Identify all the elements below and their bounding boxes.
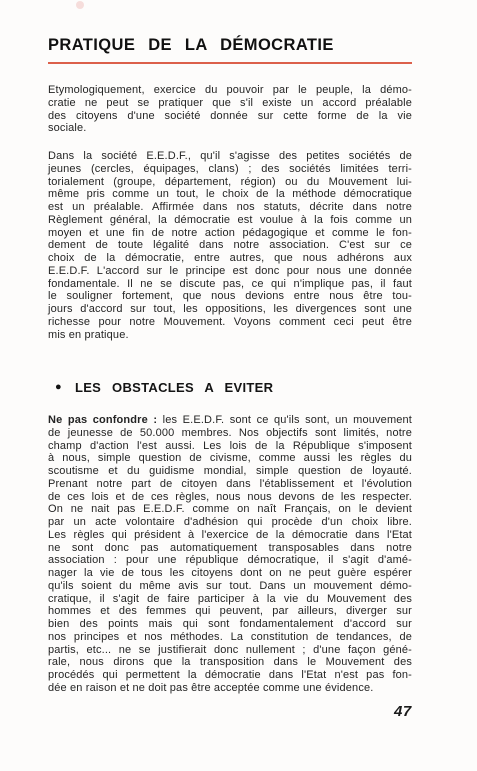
- text-line: dée en raison et ne doit pas être accept…: [48, 682, 412, 695]
- text-line: scoutisme et du guidisme mondial, simple…: [48, 465, 412, 478]
- title-underline: [48, 62, 412, 64]
- text-line: Règlement général, la démocratie est vou…: [48, 214, 412, 227]
- text-line: torialement (groupe, département, région…: [48, 176, 412, 189]
- text-line: fondamentale. Il ne se discute pas, ce q…: [48, 278, 412, 291]
- text-line: qu'ils soient du même avis sur tout. Dan…: [48, 580, 412, 593]
- text-line: choix de la démocratie, entre autres, qu…: [48, 252, 412, 265]
- paragraph-lines: de jeunesse de 50.000 membres. Nos objec…: [48, 427, 412, 695]
- text-line: E.E.D.F. L'accord sur le principe est do…: [48, 265, 412, 278]
- text-line: à nous, simple question de civisme, comm…: [48, 452, 412, 465]
- text-line: par un acte volontaire d'adhésion qui pr…: [48, 516, 412, 529]
- text-line: bien des points mais qui sont fondamenta…: [48, 618, 412, 631]
- section-heading: ● LES OBSTACLES A EVITER: [55, 380, 415, 395]
- lead-bold-text: Ne pas confondre :: [48, 414, 157, 426]
- text-line: cratique, il s'agit de faire participer …: [48, 593, 412, 606]
- text-line: rale, nous dirons que la transposition d…: [48, 656, 412, 669]
- text-line: Les règles qui président à l'exercice de…: [48, 529, 412, 542]
- text-line: le souligner fortement, que nous devions…: [48, 290, 412, 303]
- text-line: Prenant notre part de citoyen dans l'éta…: [48, 478, 412, 491]
- text-line: nos principes et nos méthodes. La consti…: [48, 631, 412, 644]
- section-heading-label: LES OBSTACLES A EVITER: [75, 380, 273, 395]
- text-line: champ d'action l'est aussi. Les lois de …: [48, 440, 412, 453]
- page-number: 47: [394, 703, 412, 720]
- document-page: PRATIQUE DE LA DÉMOCRATIE Etymologiqueme…: [0, 0, 477, 771]
- text-line: de ces lois et de ces règles, nous nous …: [48, 491, 412, 504]
- text-line: procédés qui permettent la démocratie da…: [48, 669, 412, 682]
- text-line: hommes et des femmes qui peuvent, par ai…: [48, 605, 412, 618]
- obstacles-paragraph: Ne pas confondre : les E.E.D.F. sont ce …: [48, 414, 412, 695]
- text-line: association : pour une république démocr…: [48, 554, 412, 567]
- text-line: des citoyens d'une société donnée sur ce…: [48, 110, 412, 123]
- text-line: Ne pas confondre : les E.E.D.F. sont ce …: [48, 414, 412, 427]
- text-line: jeunes (cercles, équipages, clans) ; des…: [48, 163, 412, 176]
- text-line: mis en pratique.: [48, 329, 412, 342]
- text-line: nager la vie de tous les citoyens dont o…: [48, 567, 412, 580]
- text-line: jours d'accord sur tout, les oppositions…: [48, 303, 412, 316]
- text-line: richesse pour notre Mouvement. Voyons co…: [48, 316, 412, 329]
- bullet-icon: ●: [55, 382, 62, 393]
- intro-paragraph-1: Etymologiquement, exercice du pouvoir pa…: [48, 84, 412, 135]
- text-line: dement de toute légalité dans notre asso…: [48, 239, 412, 252]
- text-line: partis, etc... ne se justifierait donc n…: [48, 644, 412, 657]
- text-line: On ne nait pas E.E.D.F. comme on naît Fr…: [48, 503, 412, 516]
- text-line: de jeunesse de 50.000 membres. Nos objec…: [48, 427, 412, 440]
- page-title: PRATIQUE DE LA DÉMOCRATIE: [48, 36, 412, 55]
- text-line: Etymologiquement, exercice du pouvoir pa…: [48, 84, 412, 97]
- text-line: même pris comme un tout, le choix de la …: [48, 188, 412, 201]
- text-line: moyen et une fin de notre action pédagog…: [48, 227, 412, 240]
- text-line: ne sont donc pas automatiquement transpo…: [48, 542, 412, 555]
- intro-paragraph-2: Dans la société E.E.D.F., qu'il s'agisse…: [48, 150, 412, 341]
- text-line: cratie ne peut se pratiquer que s'il exi…: [48, 97, 412, 110]
- text-line: Dans la société E.E.D.F., qu'il s'agisse…: [48, 150, 412, 163]
- print-artifact: [76, 1, 84, 9]
- page-header: PRATIQUE DE LA DÉMOCRATIE: [48, 36, 412, 64]
- first-line-rest: les E.E.D.F. sont ce qu'ils sont, un mou…: [163, 414, 412, 426]
- text-line: est un préalable. Affirmée dans nos stat…: [48, 201, 412, 214]
- text-line: sociale.: [48, 122, 412, 135]
